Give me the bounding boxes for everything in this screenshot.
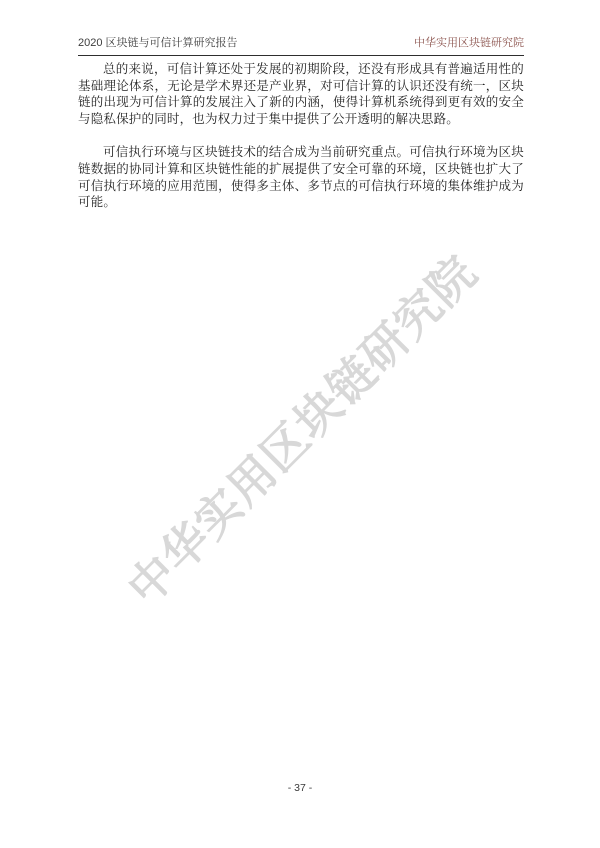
diagonal-watermark: 中华实用区块链研究院 xyxy=(110,238,489,617)
header-institute-name: 中华实用区块链研究院 xyxy=(414,36,524,50)
page-number: - 37 - xyxy=(288,782,313,794)
header-divider xyxy=(78,55,524,56)
paragraph-tee-blockchain-research: 可信执行环境与区块链技术的结合成为当前研究重点。可信执行环境为区块链数据的协同计… xyxy=(78,144,524,210)
header-report-title: 2020 区块链与可信计算研究报告 xyxy=(78,36,238,50)
page-header: 2020 区块链与可信计算研究报告 中华实用区块链研究院 xyxy=(78,36,524,50)
report-page: 2020 区块链与可信计算研究报告 中华实用区块链研究院 总的来说，可信计算还处… xyxy=(0,0,600,848)
paragraph-trusted-computing-overview: 总的来说，可信计算还处于发展的初期阶段，还没有形成具有普遍适用性的基础理论体系，… xyxy=(78,61,524,127)
document-body: 总的来说，可信计算还处于发展的初期阶段，还没有形成具有普遍适用性的基础理论体系，… xyxy=(78,61,524,228)
page-footer: - 37 - xyxy=(0,782,600,794)
